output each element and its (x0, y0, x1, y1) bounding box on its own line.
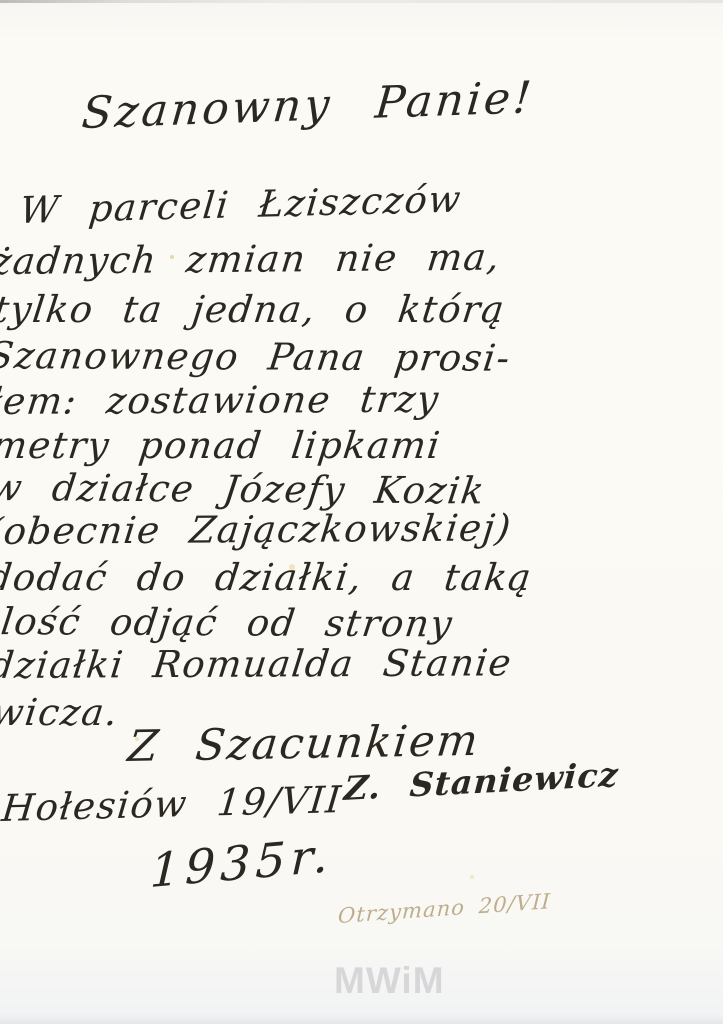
salutation: Szanowny Panie! (80, 76, 536, 136)
received-annotation: Otrzymano 20/VII (337, 891, 551, 927)
letter-line: działki Romualda Stanie (0, 644, 514, 684)
letter-line: w działce Józefy Kozik (0, 469, 487, 509)
letter-line: ilość odjąć od strony (0, 603, 455, 642)
scan-edge-top (0, 0, 723, 3)
letter-line: tylko ta jedna, o którą (0, 291, 507, 328)
place-date: Hołesiów 19/VII (0, 781, 344, 827)
letter-line: wicza. (0, 694, 121, 731)
letter-line: żadnych zmian nie ma, (0, 239, 503, 280)
scan-edge-bottom (0, 1014, 723, 1024)
closing: Z Szacunkiem (126, 720, 482, 769)
letter-line: dodać do działki, a taką (0, 559, 534, 596)
letter-line: metry ponad lipkami (0, 427, 443, 464)
letter-line: (obecnie Zajączkowskiej) (0, 509, 514, 550)
letter-line: Szanownego Pana prosi- (0, 337, 513, 377)
letter-line: W parceli Łziszczów (18, 180, 463, 229)
letter-scan-page: Szanowny Panie! W parceli Łziszczów żadn… (0, 0, 723, 1024)
archive-watermark: MWiM (334, 960, 445, 1002)
letter-line: łem: zostawione trzy (0, 381, 442, 420)
year-date: 1935r. (149, 832, 334, 895)
